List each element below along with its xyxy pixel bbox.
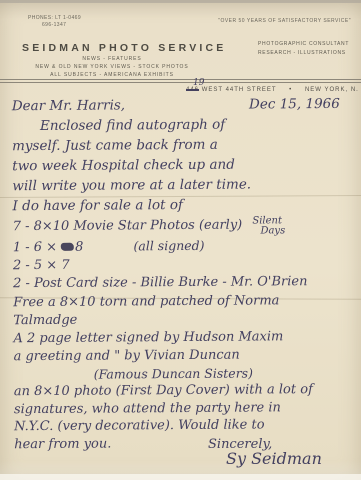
letterhead-divider-rule [0, 79, 361, 83]
body-line: will write you more at a later time. [12, 174, 354, 196]
salutation-row: Dear Mr. Harris, Dec 15, 1966 [12, 94, 354, 116]
scan-edge-bottom [0, 474, 361, 480]
handwritten-street-number: 19 [193, 78, 204, 88]
address-bullet: • [289, 87, 292, 93]
body-paragraph: an 8×10 photo (First Day Cover) with a l… [14, 381, 356, 453]
letterhead-company-block: SEIDMAN PHOTO SERVICE NEWS - FEATURES NE… [22, 42, 202, 78]
body-line: a greeting and " by Vivian Duncan [14, 346, 356, 366]
item-text: 1 - 6 × [13, 240, 57, 255]
letterhead-address: 446 WEST 44TH STREET • NEW YORK, N. Y. 1… [186, 87, 361, 93]
list-item: 2 - 5 × 7 [13, 255, 355, 275]
sale-items-list: 7 - 8×10 Movie Star Photos (early) Silen… [13, 216, 356, 293]
letterhead-services: PHOTOGRAPHIC CONSULTANT RESEARCH - ILLUS… [258, 40, 349, 58]
list-item: 2 - Post Card size - Billie Burke - Mr. … [13, 273, 355, 293]
body-line: Talmadge [13, 310, 355, 330]
scan-edge-top [0, 0, 361, 3]
body-line: an 8×10 photo (First Day Cover) with a l… [14, 381, 356, 401]
company-tagline-1: NEWS - FEATURES [22, 56, 202, 62]
street-name: WEST 44TH STREET [202, 87, 277, 93]
body-line: Free a 8×10 torn and patched of Norma [13, 292, 355, 312]
company-tagline-2: NEW & OLD NEW YORK VIEWS - STOCK PHOTOS [22, 64, 202, 70]
item-text: 7 - 8×10 Movie Star Photos (early) [13, 218, 243, 235]
body-line: two week Hospital check up and [12, 154, 354, 176]
phones-line1: PHONES: LT 1-0469 [28, 15, 81, 22]
service-line-2: RESEARCH - ILLUSTRATIONS [258, 49, 349, 58]
letter-body: Dear Mr. Harris, Dec 15, 1966 Enclosed f… [12, 94, 356, 453]
company-name: SEIDMAN PHOTO SERVICE [22, 42, 202, 54]
letter-date: Dec 15, 1966 [249, 94, 340, 115]
service-line-1: PHOTOGRAPHIC CONSULTANT [258, 40, 349, 49]
all-signed-note: (all signed) [133, 238, 204, 253]
silent-days-note: Silent Days [252, 216, 285, 236]
signature: Sy Seidman [226, 449, 322, 468]
salutation: Dear Mr. Harris, [12, 95, 125, 116]
list-item: 7 - 8×10 Movie Star Photos (early) Silen… [13, 216, 355, 238]
ink-scribble-blot [61, 242, 74, 250]
phones-line2: 696-1347 [28, 22, 81, 29]
note-line: Days [252, 226, 285, 236]
city-zip: NEW YORK, N. Y. 10036 [305, 87, 361, 93]
letter-scan: PHONES: LT 1-0469 696-1347 "OVER 50 YEAR… [0, 0, 361, 480]
body-paragraph: Free a 8×10 torn and patched of Norma Ta… [13, 292, 356, 383]
company-tagline-3: ALL SUBJECTS - AMERICANA EXHIBITS [22, 72, 202, 78]
list-item: 1 - 6 ×8 (all signed) [13, 236, 355, 257]
body-line: myself. Just came back from a [12, 134, 354, 156]
body-line: A 2 page letter signed by Hudson Maxim [13, 328, 355, 348]
letterhead-phones: PHONES: LT 1-0469 696-1347 [28, 15, 81, 29]
body-line: Enclosed find autograph of [12, 114, 354, 136]
item-text: 8 [75, 240, 83, 255]
body-line: I do have for sale a lot of [12, 194, 354, 216]
letterhead-slogan: "OVER 50 YEARS OF SATISFACTORY SERVICE" [218, 18, 351, 24]
